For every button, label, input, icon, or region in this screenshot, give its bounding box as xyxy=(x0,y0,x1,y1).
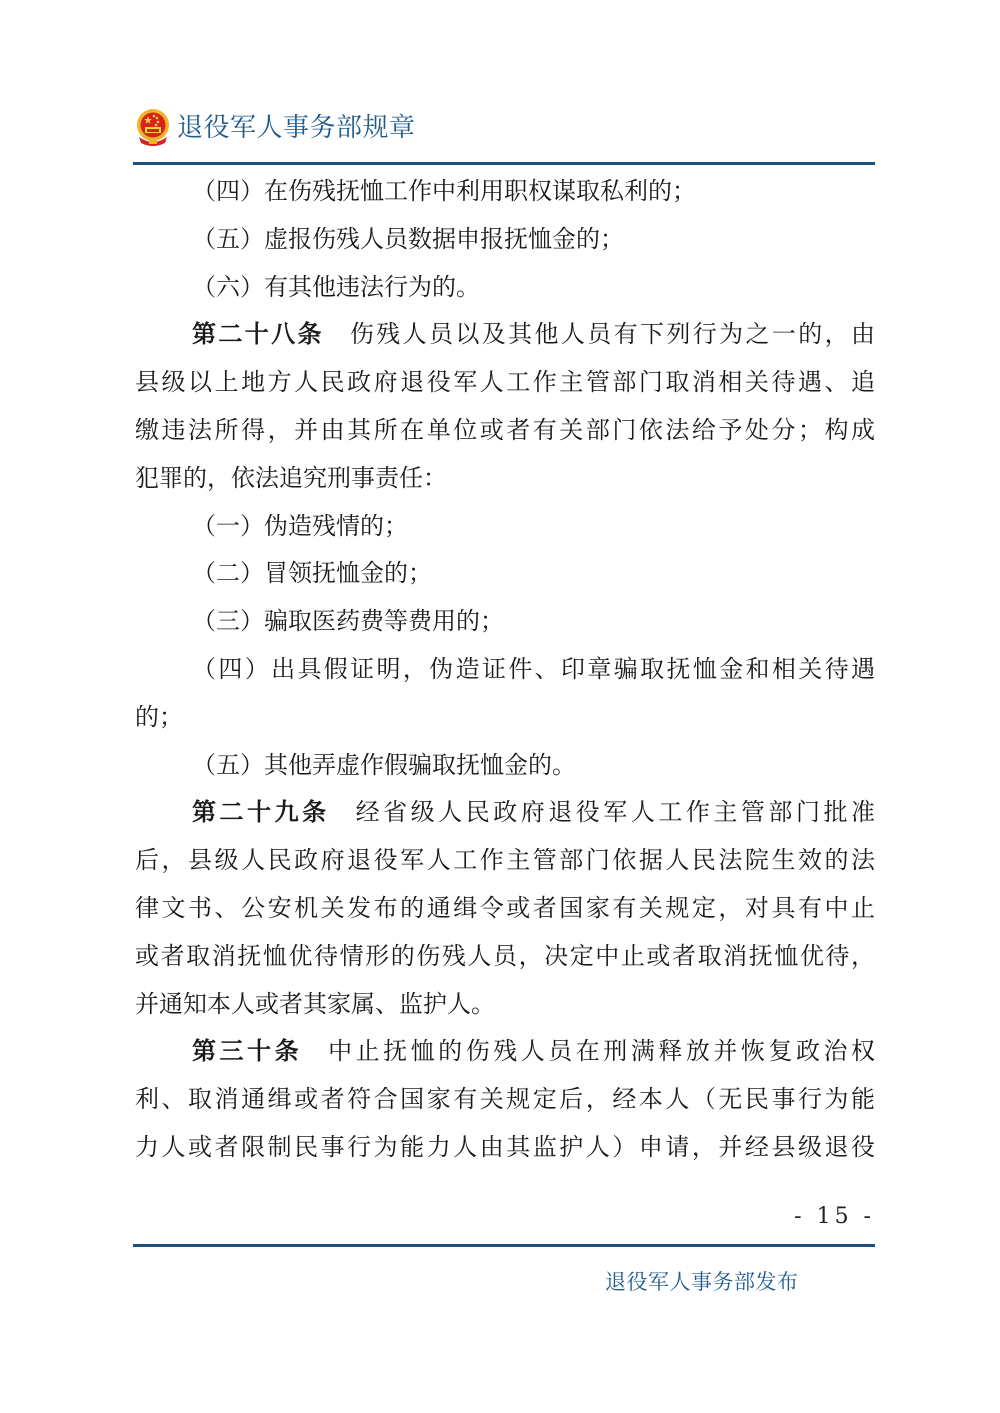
list-item: （一）伪造残情的； xyxy=(135,503,875,551)
paragraph-line: 缴违法所得，并由其所在单位或者有关部门依法给予处分；构成 xyxy=(135,407,875,455)
article-28-first-line: 第二十八条伤残人员以及其他人员有下列行为之一的，由 xyxy=(135,311,875,359)
footer-publisher: 退役军人事务部发布 xyxy=(605,1264,799,1300)
list-item: （三）骗取医药费等费用的； xyxy=(135,598,875,646)
paragraph-text: 中止抚恤的伤残人员在刑满释放并恢复政治权 xyxy=(328,1037,875,1065)
list-item: （五）虚报伤残人员数据申报抚恤金的； xyxy=(135,216,875,264)
header-divider xyxy=(133,162,875,165)
header-title: 退役军人事务部规章 xyxy=(177,106,416,150)
paragraph-line: 犯罪的，依法追究刑事责任： xyxy=(135,455,875,503)
paragraph-line: 利、取消通缉或者符合国家有关规定后，经本人（无民事行为能 xyxy=(135,1076,875,1124)
list-item-continuation: 的； xyxy=(135,694,875,742)
list-item: （四）在伤残抚恤工作中利用职权谋取私利的； xyxy=(135,168,875,216)
list-item: （四）出具假证明，伪造证件、印章骗取抚恤金和相关待遇 xyxy=(135,646,875,694)
paragraph-text: 伤残人员以及其他人员有下列行为之一的，由 xyxy=(350,320,875,348)
paragraph-text: 经省级人民政府退役军人工作主管部门批准 xyxy=(356,798,875,826)
paragraph-line: 后，县级人民政府退役军人工作主管部门依据人民法院生效的法 xyxy=(135,837,875,885)
list-item: （五）其他弄虚作假骗取抚恤金的。 xyxy=(135,742,875,790)
article-30-first-line: 第三十条中止抚恤的伤残人员在刑满释放并恢复政治权 xyxy=(135,1028,875,1076)
article-label: 第三十条 xyxy=(192,1037,302,1065)
paragraph-line: 律文书、公安机关发布的通缉令或者国家有关规定，对具有中止 xyxy=(135,885,875,933)
list-item: （六）有其他违法行为的。 xyxy=(135,264,875,312)
paragraph-line: 或者取消抚恤优待情形的伤残人员，决定中止或者取消抚恤优待， xyxy=(135,933,875,981)
national-emblem-icon xyxy=(135,107,171,149)
article-label: 第二十八条 xyxy=(192,320,324,348)
article-label: 第二十九条 xyxy=(192,798,330,826)
footer-divider xyxy=(133,1244,875,1247)
page-number: - 15 - xyxy=(794,1204,875,1229)
paragraph-line: 力人或者限制民事行为能力人由其监护人）申请，并经县级退役 xyxy=(135,1124,875,1172)
list-item: （二）冒领抚恤金的； xyxy=(135,550,875,598)
document-body: （四）在伤残抚恤工作中利用职权谋取私利的； （五）虚报伤残人员数据申报抚恤金的；… xyxy=(135,168,875,1172)
page-header: 退役军人事务部规章 xyxy=(135,106,416,150)
paragraph-line: 县级以上地方人民政府退役军人工作主管部门取消相关待遇、追 xyxy=(135,359,875,407)
paragraph-line: 并通知本人或者其家属、监护人。 xyxy=(135,981,875,1029)
article-29-first-line: 第二十九条经省级人民政府退役军人工作主管部门批准 xyxy=(135,789,875,837)
